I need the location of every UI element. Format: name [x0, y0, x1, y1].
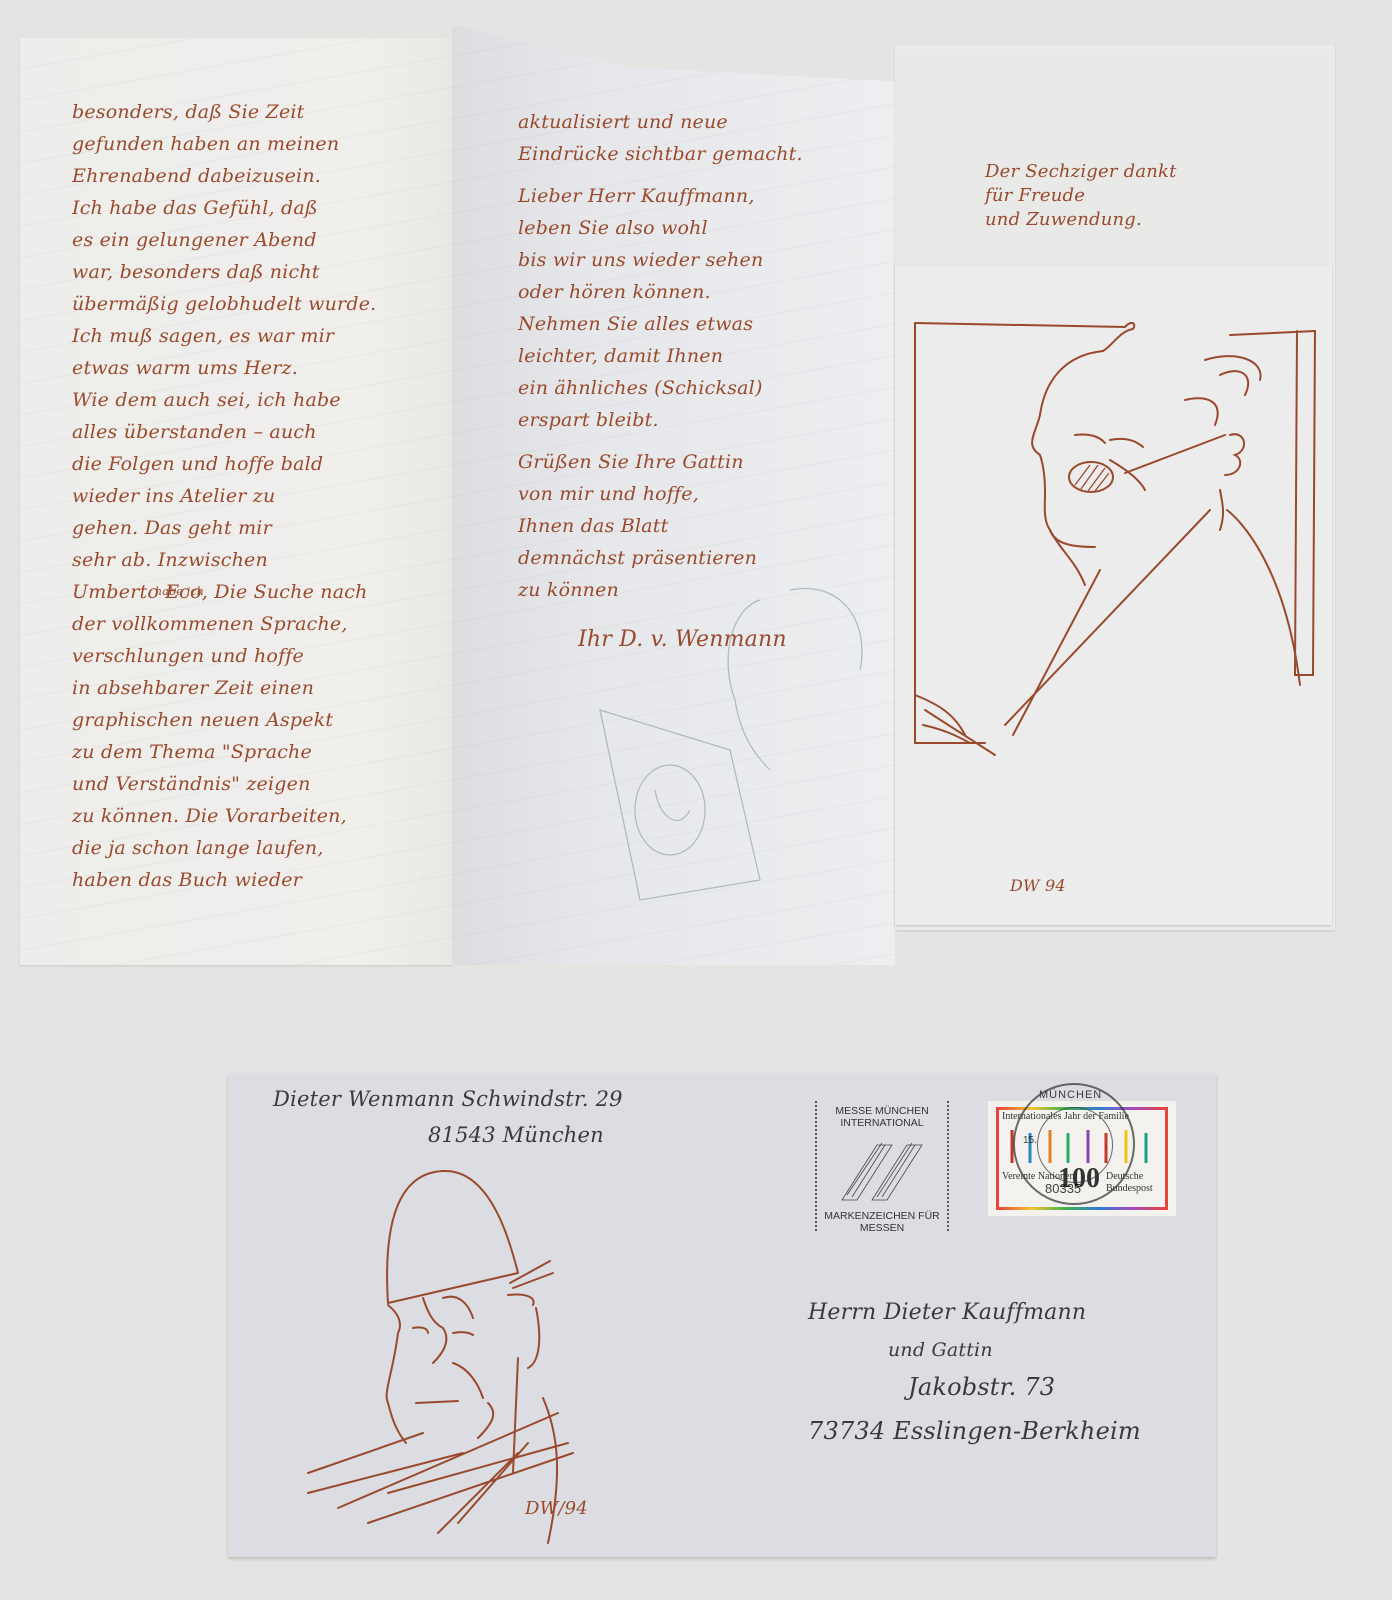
handwritten-line: übermäßig gelobhudelt wurde.	[72, 288, 376, 320]
handwritten-line: aktualisiert und neue	[518, 106, 803, 138]
handwritten-line: besonders, daß Sie Zeit	[72, 96, 376, 128]
handwritten-line: von mir und hoffe,	[518, 478, 803, 510]
handwritten-line: zu dem Thema "Sprache	[72, 736, 376, 768]
letter-left-text: besonders, daß Sie Zeitgefunden haben an…	[72, 96, 376, 896]
handwritten-line: Wie dem auch sei, ich habe	[72, 384, 376, 416]
cachet-bottom-text: MARKENZEICHEN FÜR MESSEN	[817, 1210, 947, 1234]
handwritten-line: Der Sechziger dankt	[985, 160, 1177, 184]
sender-line-1: Dieter Wenmann Schwindstr. 29	[273, 1081, 623, 1117]
recipient-address: Herrn Dieter Kauffmann und Gattin Jakobs…	[808, 1291, 1141, 1453]
handwritten-line: Nehmen Sie alles etwas	[518, 308, 803, 340]
handwritten-line: sehr ab. Inzwischen	[72, 544, 376, 576]
recipient-line-2: und Gattin	[808, 1335, 1141, 1365]
postmark-zip: 80335	[1045, 1181, 1081, 1196]
handwritten-line: ein ähnliches (Schicksal)	[518, 372, 803, 404]
messe-muenchen-cachet: MESSE MÜNCHEN INTERNATIONAL MARKENZEICHE…	[815, 1101, 949, 1231]
handwritten-line: demnächst präsentieren	[518, 542, 803, 574]
recipient-line-3: Jakobstr. 73	[808, 1365, 1141, 1409]
handwritten-line: graphischen neuen Aspekt	[72, 704, 376, 736]
handwritten-line: erspart bleibt.	[518, 404, 803, 436]
handwritten-line: Eindrücke sichtbar gemacht.	[518, 138, 803, 170]
handwritten-line: wieder ins Atelier zu	[72, 480, 376, 512]
postmark-cancellation: MÜNCHEN 15. 80335	[1013, 1083, 1135, 1205]
envelope-drawing-signature: DW/94	[525, 1493, 588, 1525]
handwritten-line: zu können. Die Vorarbeiten,	[72, 800, 376, 832]
handwritten-line: verschlungen und hoffe	[72, 640, 376, 672]
bowler-hat-portrait-drawing	[288, 1143, 608, 1543]
letter-middle-text: aktualisiert und neueEindrücke sichtbar …	[518, 106, 803, 656]
handwritten-line: leben Sie also wohl	[518, 212, 803, 244]
faint-pencil-sketch	[560, 580, 880, 920]
handwritten-line: Ich muß sagen, es war mir	[72, 320, 376, 352]
recipient-line-1: Herrn Dieter Kauffmann	[808, 1291, 1141, 1335]
handwritten-line: Ehrenabend dabeizusein.	[72, 160, 376, 192]
note-card-text: Der Sechziger danktfür Freudeund Zuwendu…	[985, 160, 1177, 232]
handwritten-line: Grüßen Sie Ihre Gattin	[518, 446, 803, 478]
postmark-inner-ring	[1037, 1107, 1113, 1183]
drawing-card-signature: DW 94	[1010, 870, 1066, 902]
handwritten-line: gehen. Das geht mir	[72, 512, 376, 544]
handwritten-line: und Zuwendung.	[985, 208, 1177, 232]
handwritten-line: Umberto Eco, Die Suche nach	[72, 576, 376, 608]
portrait-sketch-drawing	[895, 265, 1332, 925]
handwritten-line: und Verständnis" zeigen	[72, 768, 376, 800]
handwritten-line: die ja schon lange laufen,	[72, 832, 376, 864]
handwritten-line: etwas warm ums Herz.	[72, 352, 376, 384]
handwritten-line: Ihnen das Blatt	[518, 510, 803, 542]
envelope: Dieter Wenmann Schwindstr. 29 81543 Münc…	[228, 1073, 1216, 1557]
interlinear-insertion: habe ich	[155, 586, 204, 598]
handwritten-line: Lieber Herr Kauffmann,	[518, 180, 803, 212]
handwritten-line: bis wir uns wieder sehen	[518, 244, 803, 276]
recipient-line-4: 73734 Esslingen-Berkheim	[808, 1409, 1141, 1453]
handwritten-line: alles überstanden – auch	[72, 416, 376, 448]
cachet-top-text: MESSE MÜNCHEN INTERNATIONAL	[817, 1105, 947, 1129]
handwritten-line: gefunden haben an meinen	[72, 128, 376, 160]
messe-logo-icon	[837, 1135, 927, 1205]
handwritten-line: für Freude	[985, 184, 1177, 208]
handwritten-line: es ein gelungener Abend	[72, 224, 376, 256]
postmark-city: MÜNCHEN	[1039, 1089, 1102, 1101]
dedication-note-card	[895, 50, 1335, 265]
handwritten-line: leichter, damit Ihnen	[518, 340, 803, 372]
handwritten-line: der vollkommenen Sprache,	[72, 608, 376, 640]
handwritten-line: haben das Buch wieder	[72, 864, 376, 896]
handwritten-line: war, besonders daß nicht	[72, 256, 376, 288]
handwritten-line: oder hören können.	[518, 276, 803, 308]
postmark-date: 15.	[1023, 1135, 1037, 1146]
handwritten-line: in absehbarer Zeit einen	[72, 672, 376, 704]
handwritten-line: die Folgen und hoffe bald	[72, 448, 376, 480]
handwritten-line: Ich habe das Gefühl, daß	[72, 192, 376, 224]
